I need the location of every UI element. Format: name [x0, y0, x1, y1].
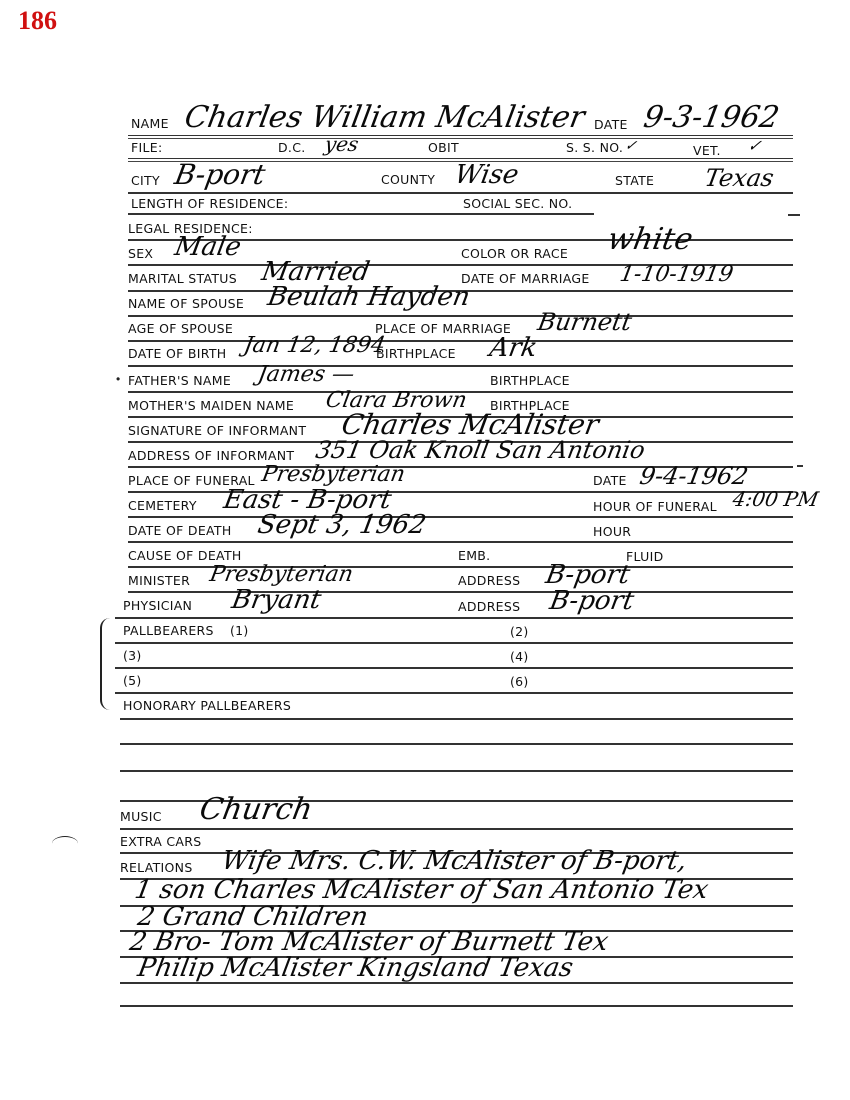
mothers-maiden-name-label: MOTHER'S MAIDEN NAME: [128, 398, 294, 413]
pallbearer-slot-4: (4): [510, 649, 529, 664]
rule: [120, 770, 793, 772]
sex-label: SEX: [128, 246, 153, 261]
rule: [128, 192, 793, 194]
date-of-death-value[interactable]: Sept 3, 1962: [255, 510, 428, 540]
physician-label: PHYSICIAN: [123, 598, 192, 613]
music-value[interactable]: Church: [197, 792, 315, 827]
pallbearer-slot-6: (6): [510, 674, 529, 689]
rule: [120, 718, 793, 720]
funeral-date-label: DATE: [593, 473, 627, 488]
rule: [120, 743, 793, 745]
dc-label: D.C.: [278, 140, 306, 155]
rule: [797, 465, 803, 467]
date-of-marriage-value[interactable]: 1-10-1919: [618, 262, 735, 287]
signature-of-informant-label: SIGNATURE OF INFORMANT: [128, 423, 306, 438]
hour-of-funeral-label: HOUR OF FUNERAL: [593, 499, 717, 514]
address-of-informant-value[interactable]: 351 Oak Knoll San Antonio: [314, 436, 648, 464]
ss-no-value[interactable]: ✓: [624, 138, 639, 154]
rule: [120, 982, 793, 984]
rule: [128, 591, 793, 593]
date-value[interactable]: 9-3-1962: [641, 100, 782, 135]
obit-label: OBIT: [428, 140, 459, 155]
place-of-marriage-label: PLACE OF MARRIAGE: [375, 321, 511, 336]
city-label: CITY: [131, 173, 160, 188]
marital-status-label: MARITAL STATUS: [128, 271, 237, 286]
county-value[interactable]: Wise: [452, 160, 521, 190]
ss-no-label: S. S. NO.: [566, 140, 623, 155]
fathers-name-value[interactable]: James —: [256, 362, 357, 387]
place-of-funeral-value[interactable]: Presbyterian: [260, 462, 407, 487]
rule: [788, 214, 800, 216]
rule: [128, 213, 594, 215]
pallbearers-brace: [100, 618, 116, 710]
state-label: STATE: [615, 173, 654, 188]
stray-mark: [52, 836, 78, 851]
cause-of-death-label: CAUSE OF DEATH: [128, 548, 242, 563]
fathers-name-label: FATHER'S NAME: [128, 373, 231, 388]
rule: [128, 541, 793, 543]
rule: [115, 642, 793, 644]
relations-line-1[interactable]: Wife Mrs. C.W. McAlister of B-port,: [219, 846, 689, 876]
pallbearer-slot-5: (5): [123, 673, 142, 688]
date-label: DATE: [594, 117, 628, 132]
city-value[interactable]: B-port: [172, 158, 268, 191]
social-sec-no-label: SOCIAL SEC. NO.: [463, 196, 572, 211]
rule: [128, 365, 793, 367]
rule: [120, 1005, 793, 1007]
margin-mark: •: [116, 372, 120, 386]
honorary-pallbearers-label: HONORARY PALLBEARERS: [123, 698, 291, 713]
relations-line-5[interactable]: Philip McAlister Kingsland Texas: [135, 953, 575, 983]
rule: [120, 828, 793, 830]
name-of-spouse-label: NAME OF SPOUSE: [128, 296, 244, 311]
father-birthplace-label: BIRTHPLACE: [490, 373, 570, 388]
extra-cars-label: EXTRA CARS: [120, 834, 201, 849]
state-value[interactable]: Texas: [703, 164, 776, 192]
emb-label: EMB.: [458, 548, 490, 563]
page-number: 186: [18, 6, 57, 36]
name-label: NAME: [131, 116, 169, 131]
music-label: MUSIC: [120, 809, 162, 824]
cemetery-label: CEMETERY: [128, 498, 197, 513]
rule: [115, 692, 793, 694]
date-of-marriage-label: DATE OF MARRIAGE: [461, 271, 590, 286]
file-label: FILE:: [131, 140, 162, 155]
name-of-spouse-value[interactable]: Beulah Hayden: [265, 282, 472, 312]
sex-value[interactable]: Male: [172, 232, 243, 262]
pallbearers-label: PALLBEARERS: [123, 623, 214, 638]
hour-of-funeral-value[interactable]: 4:00 PM: [731, 487, 820, 511]
rule: [115, 667, 793, 669]
pallbearer-slot-1: (1): [230, 623, 249, 638]
rule: [115, 617, 793, 619]
relations-line-2[interactable]: 1 son Charles McAlister of San Antonio T…: [132, 875, 710, 905]
vet-value[interactable]: ✓: [746, 136, 763, 155]
pallbearer-slot-3: (3): [123, 648, 142, 663]
physician-value[interactable]: Bryant: [229, 585, 323, 615]
date-of-birth-label: DATE OF BIRTH: [128, 346, 226, 361]
minister-address-label: ADDRESS: [458, 573, 520, 588]
hour-label: HOUR: [593, 524, 631, 539]
color-or-race-value[interactable]: white: [605, 222, 696, 257]
date-of-birth-value[interactable]: Jan 12, 1894: [242, 333, 387, 358]
color-or-race-label: COLOR OR RACE: [461, 246, 568, 261]
length-of-residence-label: LENGTH OF RESIDENCE:: [131, 196, 288, 211]
physician-address-label: ADDRESS: [458, 599, 520, 614]
minister-label: MINISTER: [128, 573, 190, 588]
birthplace-value[interactable]: Ark: [487, 333, 539, 363]
rule: [128, 516, 793, 518]
rule: [128, 315, 793, 317]
place-of-marriage-value[interactable]: Burnett: [536, 308, 634, 336]
rule: [128, 135, 793, 136]
date-of-death-label: DATE OF DEATH: [128, 523, 232, 538]
county-label: COUNTY: [381, 172, 435, 187]
minister-value[interactable]: Presbyterian: [208, 562, 355, 587]
relations-label: RELATIONS: [120, 860, 193, 875]
pallbearer-slot-2: (2): [510, 624, 529, 639]
name-value[interactable]: Charles William McAlister: [182, 100, 587, 135]
rule: [128, 340, 793, 342]
age-of-spouse-label: AGE OF SPOUSE: [128, 321, 233, 336]
funeral-date-value[interactable]: 9-4-1962: [638, 462, 751, 490]
vet-label: VET.: [693, 143, 721, 158]
dc-value[interactable]: yes: [323, 132, 361, 156]
birthplace-label: BIRTHPLACE: [376, 346, 456, 361]
address-of-informant-label: ADDRESS OF INFORMANT: [128, 448, 294, 463]
physician-address-value[interactable]: B-port: [547, 586, 636, 616]
